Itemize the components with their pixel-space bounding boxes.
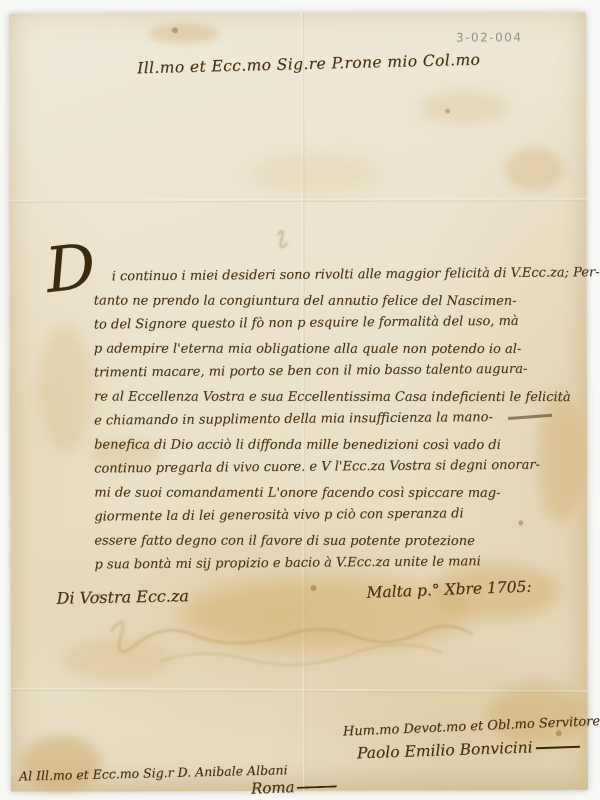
drop-cap-initial: D — [42, 229, 99, 307]
address-line: Al Ill.mo et Ecc.mo Sig.r D. Anibale Alb… — [19, 762, 288, 783]
stain — [504, 147, 564, 191]
salutation-line: Ill.mo et Ecc.mo Sig.re P.rone mio Col.m… — [137, 51, 481, 78]
fold-crease — [9, 198, 586, 203]
stain — [249, 153, 379, 193]
stain — [445, 109, 450, 114]
stain — [310, 585, 316, 591]
valediction-line: Hum.mo Devot.mo et Obl.mo Servitore — [343, 712, 600, 739]
stain — [149, 23, 219, 43]
body-line: giormente la di lei generosità vivo p ci… — [94, 501, 600, 529]
signature: Paolo Emilio Bonvicini — [357, 737, 580, 763]
fold-crease — [11, 688, 588, 694]
stain — [172, 27, 178, 33]
address-city: Roma — [251, 776, 337, 797]
body-line: to del Signore questo il fò non p esquir… — [94, 309, 600, 337]
body-line: p sua bontà mi sij propizio e bacio à V.… — [94, 549, 600, 577]
stain — [556, 730, 562, 736]
letter-body: i continuo i miei desideri sono rivolti … — [94, 264, 600, 577]
closing-line: Di Vostra Ecc.za — [56, 586, 189, 608]
body-line: trimenti macare, mi porto se ben con il … — [94, 357, 600, 385]
stain — [38, 324, 93, 454]
body-line: i continuo i miei desideri sono rivolti … — [94, 261, 600, 289]
body-line: continuo pregarla di vivo cuore. e V l'E… — [94, 453, 600, 481]
scan-background: { "document": { "reference_number": "3-0… — [0, 0, 600, 800]
stain — [419, 90, 509, 124]
body-line: e chiamando in supplimento della mia ins… — [94, 405, 600, 433]
dateline: Malta p.° Xbre 1705: — [366, 578, 532, 602]
reference-number: 3-02-004 — [456, 30, 523, 44]
stain — [61, 638, 171, 680]
letter-paper: 3-02-004 Ill.mo et Ecc.mo Sig.re P.rone … — [9, 12, 588, 792]
